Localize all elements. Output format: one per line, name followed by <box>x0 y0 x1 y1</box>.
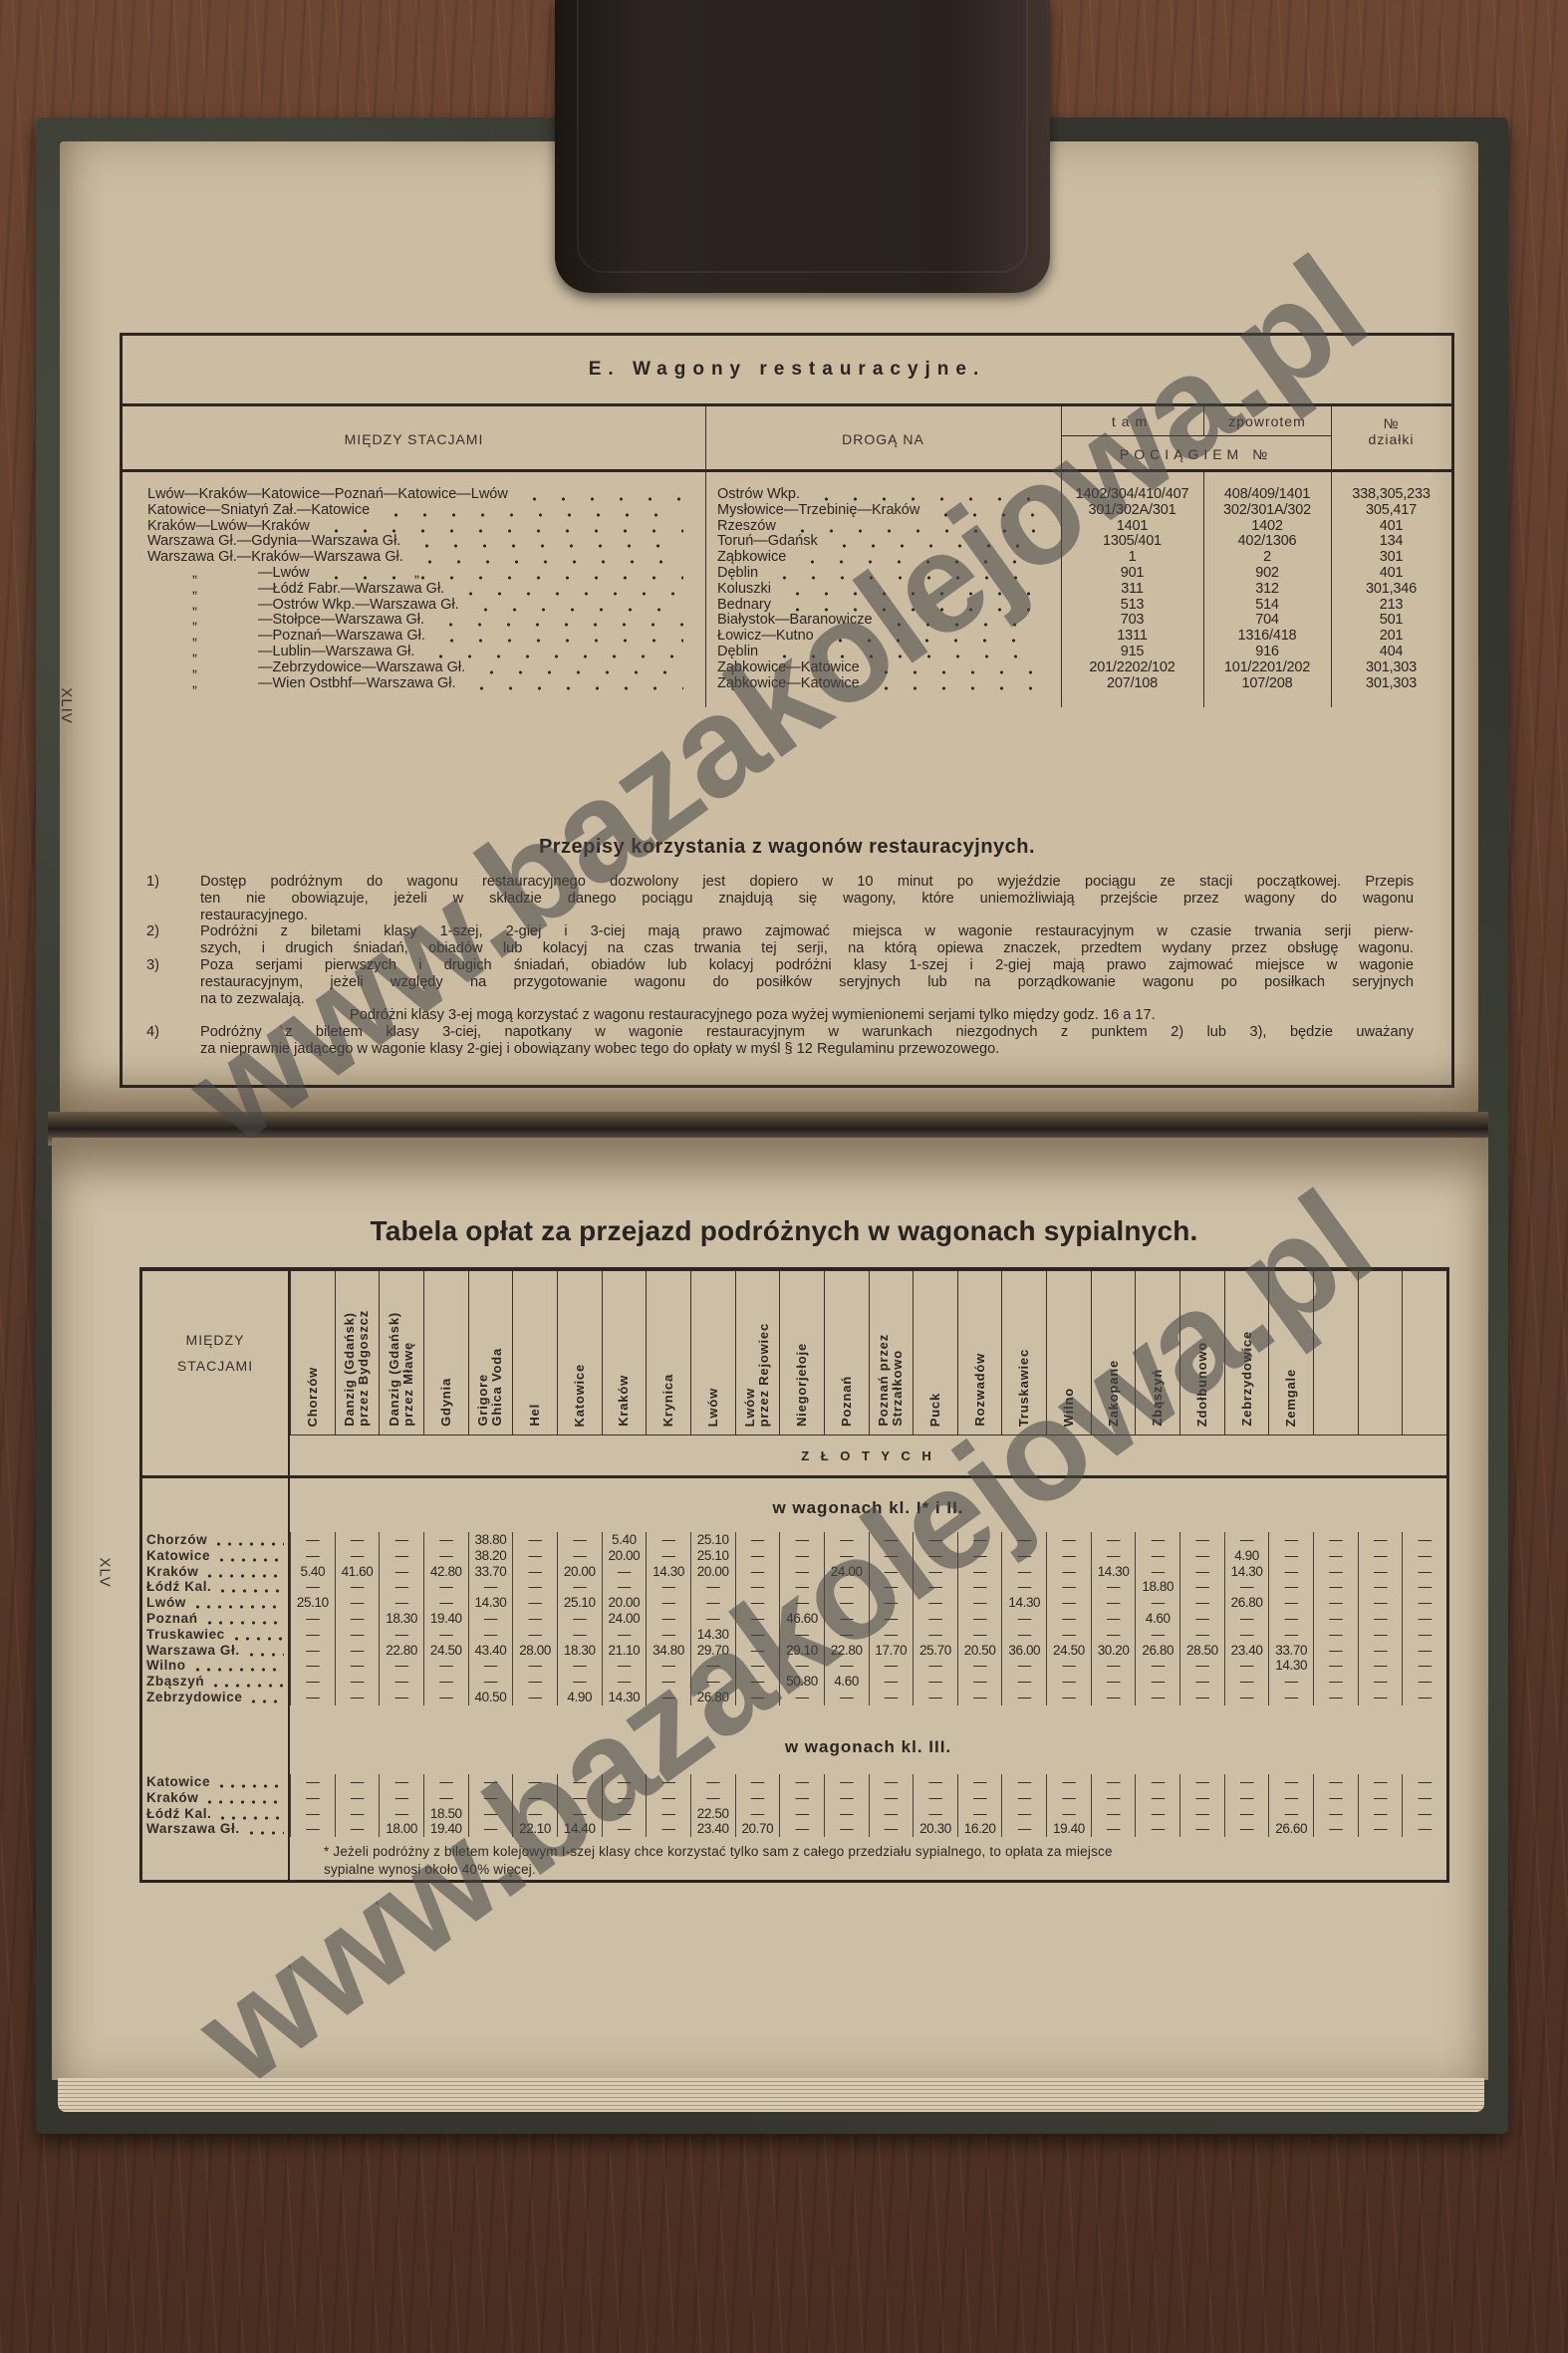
fare-cell: — <box>1358 1643 1403 1659</box>
fare-cell: — <box>1135 1548 1179 1564</box>
via-label: Koluszki <box>717 582 771 598</box>
fare-cell: — <box>557 1774 602 1790</box>
header-by-train: POCIĄGIEM № <box>1061 446 1331 462</box>
fare-cell: — <box>1268 1532 1313 1548</box>
fare-cell: — <box>1313 1806 1358 1822</box>
fare-cell: — <box>1091 1674 1136 1690</box>
column-header-label: Hel <box>528 1404 542 1427</box>
currency-label: Z Ł O T Y C H <box>290 1435 1446 1475</box>
train-there: 915 <box>1061 645 1203 660</box>
sleeping-car-fares-title: Tabela opłat za przejazd podróżnych w wa… <box>0 1215 1568 1247</box>
column-header: Lwów <box>690 1271 735 1435</box>
fare-cell: — <box>735 1774 780 1790</box>
dot-leader <box>318 519 683 535</box>
fare-cell: — <box>1313 1790 1358 1806</box>
fare-cell: — <box>379 1579 423 1595</box>
dot-leader <box>215 1579 284 1595</box>
dot-leader <box>214 1774 284 1790</box>
dot-leader <box>202 1611 284 1627</box>
fare-cell: — <box>1268 1611 1313 1627</box>
fare-cell: — <box>1001 1548 1046 1564</box>
fare-cell: — <box>690 1674 735 1690</box>
fare-cell: — <box>423 1790 468 1806</box>
route-label: Lwów—Kraków—Katowice—Poznań—Katowice—Lwó… <box>147 487 508 503</box>
fare-row: Łódź Kal. ———18.50—————22.50————————————… <box>142 1806 1446 1822</box>
fare-cell: 18.30 <box>379 1611 423 1627</box>
station-label: Zbąszyń <box>146 1674 204 1690</box>
route-cell: „—Łódź Fabr.—Warszawa Gł. <box>123 582 705 598</box>
fare-cell: — <box>379 1564 423 1580</box>
station-label: Kraków <box>146 1564 198 1580</box>
column-header-label: Gdynia <box>439 1378 453 1427</box>
fare-cell: 19.40 <box>1046 1821 1091 1837</box>
rule-line: ten nie obowiązuje, jeżeli w składzie da… <box>200 891 1414 908</box>
fare-cell: — <box>290 1806 335 1822</box>
dot-leader <box>215 1806 284 1822</box>
fare-cell: — <box>1313 1627 1358 1643</box>
column-header-label: Poznań przez Strzałkowo <box>877 1334 905 1427</box>
fare-cell: 20.00 <box>690 1564 735 1580</box>
route-label: —Wien Ostbhf—Warszawa Gł. <box>258 676 455 692</box>
fare-cell: — <box>1046 1532 1091 1548</box>
fare-cell: — <box>468 1821 513 1837</box>
rule-number: 1) <box>146 874 200 923</box>
fare-cell: — <box>1135 1806 1179 1822</box>
fare-cell: 20.70 <box>735 1821 780 1837</box>
fare-cell: — <box>557 1627 602 1643</box>
via-cell: Ząbkowice—Katowice <box>705 676 1061 692</box>
fare-cell: — <box>1268 1564 1313 1580</box>
fare-cell: — <box>602 1806 647 1822</box>
ditto-mark: „ <box>123 645 258 660</box>
fare-cell: — <box>735 1658 780 1674</box>
fare-cell: — <box>468 1774 513 1790</box>
fare-cell: — <box>1046 1658 1091 1674</box>
fare-cell: — <box>957 1579 1002 1595</box>
fare-row: Warszawa Gł. ——18.0019.40—22.1014.40——23… <box>142 1821 1446 1837</box>
fare-cell: — <box>290 1627 335 1643</box>
fare-cell: — <box>1224 1674 1269 1690</box>
fare-cell: — <box>1402 1532 1446 1548</box>
fare-cell: — <box>1313 1611 1358 1627</box>
train-there: 207/108 <box>1061 676 1203 692</box>
dot-leader <box>784 519 1041 535</box>
fare-cell: 22.80 <box>824 1643 869 1659</box>
fare-cell: — <box>335 1611 380 1627</box>
route-label: Warszawa Gł.—Kraków—Warszawa Gł. <box>147 550 403 566</box>
dot-leader <box>516 487 683 503</box>
ditto-mark: „ <box>123 660 258 676</box>
fare-cell: — <box>913 1548 957 1564</box>
route-label: Katowice—Śniatyń Zał.—Katowice <box>147 503 370 519</box>
rule-text: Poza serjami pierwszych i drugich śniada… <box>200 957 1414 1024</box>
route-label: Warszawa Gł.—Gdynia—Warszawa Gł. <box>147 534 400 550</box>
fare-cell: — <box>468 1658 513 1674</box>
fare-cell: — <box>512 1548 557 1564</box>
fare-cell: — <box>468 1611 513 1627</box>
fare-cell: 26.80 <box>1224 1595 1269 1611</box>
train-back: 402/1306 <box>1203 534 1331 550</box>
fare-cell: — <box>957 1548 1002 1564</box>
fare-cell: — <box>735 1643 780 1659</box>
train-there: 1 <box>1061 550 1203 566</box>
fare-row: Truskawiec —————————14.30———————————————… <box>142 1627 1446 1643</box>
fare-cell: — <box>1224 1690 1269 1705</box>
dot-leader <box>822 629 1041 645</box>
station-cell: Kraków <box>142 1790 290 1806</box>
fare-cell: — <box>423 1690 468 1705</box>
fare-cell: 19.40 <box>423 1611 468 1627</box>
fare-cell: — <box>646 1579 690 1595</box>
column-header-label: Poznań <box>840 1376 854 1427</box>
fare-cell: — <box>557 1532 602 1548</box>
train-back: 902 <box>1203 566 1331 582</box>
fare-cell: — <box>913 1532 957 1548</box>
fare-cell: — <box>557 1611 602 1627</box>
fare-cell: — <box>512 1627 557 1643</box>
dot-leader <box>190 1595 284 1611</box>
fare-cell: — <box>646 1674 690 1690</box>
fare-cell: — <box>1179 1774 1224 1790</box>
fare-cell: 16.20 <box>957 1821 1002 1837</box>
dot-leader <box>214 1548 284 1564</box>
fare-cell: — <box>290 1611 335 1627</box>
fare-cell: 14.40 <box>557 1821 602 1837</box>
fare-cell: — <box>1358 1611 1403 1627</box>
fare-cell: — <box>290 1532 335 1548</box>
fare-cell: — <box>1046 1674 1091 1690</box>
route-row: „—Stołpce—Warszawa Gł. Białystok—Baranow… <box>123 613 1451 629</box>
rule-line: za nieprawnie jadącego w wagonie klasy 2… <box>200 1041 1414 1058</box>
dot-leader <box>211 1532 284 1548</box>
column-header-label: Danzig (Gdańsk) przez Bydgoszcz <box>343 1310 371 1427</box>
via-cell: Dęblin <box>705 566 1061 582</box>
station-label: Kraków <box>146 1790 198 1806</box>
fare-cell: — <box>735 1595 780 1611</box>
via-label: Dęblin <box>717 566 758 582</box>
fare-cell: 17.70 <box>869 1643 914 1659</box>
column-header: Zbąszyń <box>1135 1271 1179 1435</box>
station-cell: Chorzów <box>142 1532 290 1548</box>
route-row: „—Wien Ostbhf—Warszawa Gł. Ząbkowice—Kat… <box>123 676 1451 692</box>
rule-line: na to zezwalają. <box>200 991 1414 1008</box>
fare-cell: — <box>869 1790 914 1806</box>
fare-cell: — <box>335 1821 380 1837</box>
rule-line: restauracyjnym, jeżeli względy na przygo… <box>200 974 1414 991</box>
fare-cell: — <box>379 1774 423 1790</box>
fare-cell: — <box>735 1674 780 1690</box>
fare-cell: — <box>1402 1658 1446 1674</box>
fare-cell: — <box>1402 1627 1446 1643</box>
fare-cell: — <box>1313 1821 1358 1837</box>
fare-cell: — <box>1135 1564 1179 1580</box>
dot-leader <box>411 550 683 566</box>
fare-cell: — <box>824 1579 869 1595</box>
fare-cell: — <box>735 1627 780 1643</box>
fare-cell: — <box>779 1774 824 1790</box>
dot-leader <box>229 1627 284 1643</box>
fare-cell: — <box>690 1658 735 1674</box>
fare-cell: 19.40 <box>423 1821 468 1837</box>
rule-number: 2) <box>146 923 200 957</box>
fare-cell: — <box>1135 1774 1179 1790</box>
fare-cell: — <box>557 1658 602 1674</box>
fare-cell: — <box>1179 1579 1224 1595</box>
fare-cell: — <box>957 1674 1002 1690</box>
train-there: 901 <box>1061 566 1203 582</box>
fare-cell: — <box>602 1579 647 1595</box>
fare-row: Chorzów ————38.80——5.40—25.10———————————… <box>142 1532 1446 1548</box>
fare-cell: — <box>646 1774 690 1790</box>
fare-cell: — <box>646 1690 690 1705</box>
rule-text: Podróżny z biletem klasy 3-ciej, napotka… <box>200 1024 1414 1058</box>
fare-cell: — <box>557 1806 602 1822</box>
fare-cell: — <box>779 1564 824 1580</box>
station-cell: Wilno <box>142 1658 290 1674</box>
fare-cell: 29.70 <box>690 1643 735 1659</box>
route-row: „—Lwów„ Dęblin 901 902 401 <box>123 566 1451 582</box>
column-header-label: Zebrzydowice <box>1240 1331 1254 1427</box>
fare-cell: — <box>1046 1548 1091 1564</box>
fare-cell: — <box>1224 1821 1269 1837</box>
route-label: —Zebrzydowice—Warszawa Gł. <box>258 660 465 676</box>
fare-cell: — <box>957 1790 1002 1806</box>
fare-cell: — <box>1313 1658 1358 1674</box>
fare-cell: — <box>646 1821 690 1837</box>
fare-cell: 26.80 <box>1135 1643 1179 1659</box>
fare-cell: 22.50 <box>690 1806 735 1822</box>
column-header-label: Lwów przez Rejowiec <box>743 1323 771 1427</box>
fare-cell: — <box>468 1579 513 1595</box>
fare-cell: — <box>335 1690 380 1705</box>
station-label: Zebrzydowice <box>146 1690 242 1705</box>
dot-leader <box>246 1690 284 1705</box>
train-there: 301/302A/301 <box>1061 503 1203 519</box>
fare-cell: — <box>690 1611 735 1627</box>
station-cell: Katowice <box>142 1774 290 1790</box>
fare-cell: — <box>735 1690 780 1705</box>
rule-line: Podróżny z biletem klasy 3-ciej, napotka… <box>200 1024 1414 1041</box>
station-label: Katowice <box>146 1548 210 1564</box>
dot-leader <box>467 598 683 614</box>
bookmark-strap <box>555 0 1050 293</box>
fare-cell: 38.80 <box>468 1532 513 1548</box>
section-no: 338,305,233 <box>1331 487 1451 503</box>
train-back: 302/301A/302 <box>1203 503 1331 519</box>
fare-cell: — <box>824 1790 869 1806</box>
fare-cell: 20.00 <box>602 1595 647 1611</box>
fare-cell: — <box>468 1674 513 1690</box>
route-row: Kraków—Lwów—Kraków Rzeszów 1401 1402 401 <box>123 519 1451 535</box>
rule-number: 4) <box>146 1024 200 1058</box>
fare-cell: — <box>735 1532 780 1548</box>
fare-cell: 20.50 <box>957 1643 1002 1659</box>
fare-cell: 38.20 <box>468 1548 513 1564</box>
ditto-mark: „ <box>414 566 419 582</box>
train-there: 703 <box>1061 613 1203 629</box>
route-cell: „—Stołpce—Warszawa Gł. <box>123 613 705 629</box>
ditto-mark: „ <box>123 598 258 614</box>
fare-cell: — <box>335 1627 380 1643</box>
fare-cell: — <box>423 1595 468 1611</box>
via-cell: Dęblin <box>705 645 1061 660</box>
section-no: 301,346 <box>1331 582 1451 598</box>
fare-cell: 14.30 <box>1224 1564 1269 1580</box>
section-no: 301,303 <box>1331 660 1451 676</box>
dot-leader <box>766 566 1041 582</box>
route-cell: „—Zebrzydowice—Warszawa Gł. <box>123 660 705 676</box>
fare-cell: — <box>957 1564 1002 1580</box>
fare-cell: — <box>1268 1548 1313 1564</box>
fare-cell: — <box>1135 1595 1179 1611</box>
fare-cell: — <box>335 1790 380 1806</box>
column-header: Zebrzydowice <box>1224 1271 1269 1435</box>
fare-cell: 28.00 <box>512 1643 557 1659</box>
fare-cell: — <box>1091 1627 1136 1643</box>
rule-line: Dostęp podróżnym do wagonu restauracyjne… <box>200 874 1414 891</box>
fare-cell: — <box>1001 1658 1046 1674</box>
route-label: —Łódź Fabr.—Warszawa Gł. <box>258 582 444 598</box>
fare-row: Kraków 5.4041.60—42.8033.70—20.00—14.302… <box>142 1564 1446 1580</box>
fare-cell: — <box>779 1532 824 1548</box>
route-cell: Warszawa Gł.—Gdynia—Warszawa Gł. <box>123 534 705 550</box>
section-no: 501 <box>1331 613 1451 629</box>
station-cell: Kraków <box>142 1564 290 1580</box>
train-back: 2 <box>1203 550 1331 566</box>
fare-cell: — <box>557 1790 602 1806</box>
fare-cell: — <box>913 1774 957 1790</box>
fare-cell: 29.10 <box>779 1643 824 1659</box>
station-label: Wilno <box>146 1658 186 1674</box>
column-header-label: Zdołbunowo <box>1195 1342 1209 1427</box>
fare-cell: — <box>646 1611 690 1627</box>
fare-cell: — <box>824 1774 869 1790</box>
fare-cell: — <box>379 1532 423 1548</box>
fare-cell: — <box>1313 1674 1358 1690</box>
fare-cell: — <box>913 1806 957 1822</box>
fare-cell: — <box>646 1806 690 1822</box>
fare-cell: — <box>557 1548 602 1564</box>
section-no: 301,303 <box>1331 676 1451 692</box>
via-label: Rzeszów <box>717 519 776 535</box>
column-header <box>1358 1271 1403 1435</box>
fare-cell: 25.10 <box>690 1532 735 1548</box>
fare-cell: 18.80 <box>1135 1579 1179 1595</box>
fare-cell: — <box>1358 1821 1403 1837</box>
fare-cell: — <box>1001 1690 1046 1705</box>
fare-cell: — <box>1046 1564 1091 1580</box>
fare-cell: 41.60 <box>335 1564 380 1580</box>
header-back: zpowrotem <box>1203 413 1331 429</box>
fare-cell: — <box>1091 1790 1136 1806</box>
fare-cell: — <box>1046 1790 1091 1806</box>
column-header: Zakopane <box>1091 1271 1136 1435</box>
station-cell: Łódź Kal. <box>142 1579 290 1595</box>
via-cell: Rzeszów <box>705 519 1061 535</box>
section-no: 401 <box>1331 566 1451 582</box>
fare-cell: — <box>557 1674 602 1690</box>
fare-cell: — <box>602 1774 647 1790</box>
column-header: Niegorjełoje <box>779 1271 824 1435</box>
class3-rows: Katowice —————————————————————————— Krak… <box>142 1774 1446 1837</box>
fare-cell: — <box>913 1627 957 1643</box>
fare-cell: — <box>423 1627 468 1643</box>
dot-leader <box>432 613 683 629</box>
page-edges <box>58 2078 1484 2112</box>
fare-cell: — <box>1179 1548 1224 1564</box>
fare-cell: — <box>602 1674 647 1690</box>
dot-leader <box>463 676 683 692</box>
train-there: 201/2202/102 <box>1061 660 1203 676</box>
fare-cell: — <box>824 1595 869 1611</box>
fare-cell: — <box>1268 1579 1313 1595</box>
station-label: Truskawiec <box>146 1627 225 1643</box>
fare-cell: — <box>1091 1548 1136 1564</box>
dot-leader <box>868 660 1041 676</box>
footnote: * Jeżeli podróżny z biletem kolejowym I-… <box>324 1843 1439 1879</box>
column-divider <box>1203 406 1204 435</box>
routes-main-list: Lwów—Kraków—Katowice—Poznań—Katowice—Lwó… <box>123 487 1451 566</box>
via-label: Łowicz—Kutno <box>717 629 814 645</box>
fare-cell: — <box>468 1806 513 1822</box>
fare-cell: — <box>335 1548 380 1564</box>
train-back: 514 <box>1203 598 1331 614</box>
station-label: Warszawa Gł. <box>146 1821 240 1837</box>
fare-cell: — <box>1135 1532 1179 1548</box>
fare-cell: 20.30 <box>913 1821 957 1837</box>
fare-cell: — <box>512 1579 557 1595</box>
column-header: Hel <box>512 1271 557 1435</box>
column-header-label: Lwów <box>706 1388 720 1427</box>
station-cell: Warszawa Gł. <box>142 1821 290 1837</box>
column-header: Rozwadów <box>957 1271 1002 1435</box>
fare-cell: 24.00 <box>602 1611 647 1627</box>
fare-cell: — <box>1046 1595 1091 1611</box>
column-header-label: Puck <box>928 1393 942 1427</box>
fare-cell: — <box>735 1579 780 1595</box>
fare-cell: — <box>602 1821 647 1837</box>
fare-row: Lwów 25.10———14.30—25.1020.00————————14.… <box>142 1595 1446 1611</box>
column-header-label: Niegorjełoje <box>795 1343 809 1427</box>
fare-cell: — <box>423 1658 468 1674</box>
fare-cell: — <box>423 1674 468 1690</box>
fare-cell: — <box>869 1674 914 1690</box>
fare-cell: 25.70 <box>913 1643 957 1659</box>
train-back: 408/409/1401 <box>1203 487 1331 503</box>
column-header: Wilno <box>1046 1271 1091 1435</box>
column-header: Krynica <box>646 1271 690 1435</box>
strap-stitching <box>577 0 1028 273</box>
column-header-label: Katowice <box>573 1364 587 1427</box>
rule-item: 2) Podróżni z biletami klasy 1-szej, 2-g… <box>146 923 1414 957</box>
fare-row: Zebrzydowice ————40.50—4.9014.30—26.80——… <box>142 1690 1446 1705</box>
rule-item: 3) Poza serjami pierwszych i drugich śni… <box>146 957 1414 1024</box>
fare-cell: 28.50 <box>1179 1643 1224 1659</box>
fare-cell: — <box>1179 1532 1224 1548</box>
fare-cell: — <box>290 1690 335 1705</box>
route-label: —Lwów <box>258 566 310 582</box>
route-row: „—Zebrzydowice—Warszawa Gł. Ząbkowice—Ka… <box>123 660 1451 676</box>
fare-cell: 18.30 <box>557 1643 602 1659</box>
rule-line: Podróżni z biletami klasy 1-szej, 2-giej… <box>200 923 1414 940</box>
fare-cell: — <box>1402 1595 1446 1611</box>
fare-cell: — <box>512 1674 557 1690</box>
fare-cell: — <box>379 1690 423 1705</box>
fare-cell: — <box>869 1532 914 1548</box>
fare-cell: — <box>602 1627 647 1643</box>
train-there: 1402/304/410/407 <box>1061 487 1203 503</box>
fare-cell: — <box>290 1579 335 1595</box>
